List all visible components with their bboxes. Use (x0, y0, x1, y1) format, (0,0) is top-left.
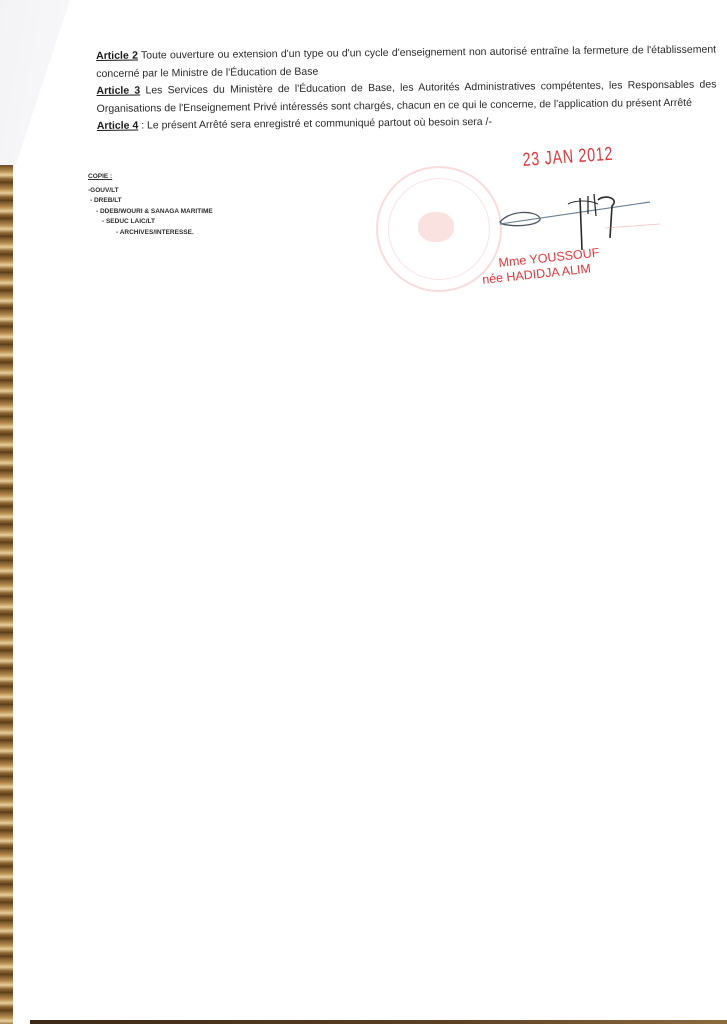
copies-list: COPIE : -GOUV/LT - DREB/LT - DDEB/WOURI … (88, 172, 213, 238)
copies-title: COPIE : (88, 172, 213, 183)
copy-recipient: - SEDUC LAIC/LT (88, 217, 213, 228)
copy-recipient: -GOUV/LT (88, 186, 213, 197)
article-label: Article 4 (97, 120, 139, 132)
article-text: Les Services du Ministère de l'Éducation… (97, 79, 717, 115)
article-label: Article 3 (96, 85, 140, 97)
article-text: Toute ouverture ou extension d'un type o… (96, 44, 716, 80)
copy-recipient: - DDEB/WOURI & SANAGA MARITIME (88, 207, 213, 218)
signatory-stamp: Mme YOUSSOUF née HADIDJA ALIM (480, 246, 602, 288)
article-label: Article 2 (96, 50, 138, 62)
page-bottom-edge (30, 1020, 727, 1024)
copy-recipient: - ARCHIVES/INTERESSE. (88, 228, 213, 239)
date-stamp: 23 JAN 2012 (522, 144, 614, 172)
background-surface (0, 165, 13, 1024)
seal-emblem-icon (418, 212, 454, 242)
signature-icon (480, 180, 680, 250)
copy-recipient: - DREB/LT (88, 196, 213, 207)
page-fold-corner (0, 0, 70, 170)
article-text: Le présent Arrêté sera enregistré et com… (147, 116, 492, 132)
articles-body: Article 2 Toute ouverture ou extension d… (96, 42, 717, 136)
article-3: Article 3 Les Services du Ministère de l… (96, 77, 716, 118)
